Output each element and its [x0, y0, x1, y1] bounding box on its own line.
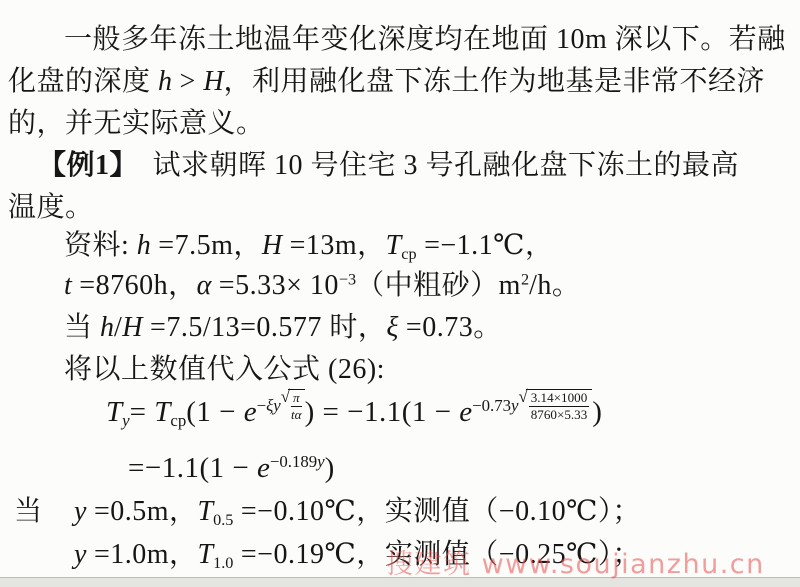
result-line-y10: y =1.0m，T1.0 =−0.19℃，实测值（−0.25℃）； — [74, 537, 641, 574]
scanned-document-page: 一般多年冻土地温年变化深度均在地面 10m 深以下。若融 化盘的深度 h > H… — [0, 0, 800, 587]
data-line-given-values: 资料: h =7.5m，H =13m，Tcp =−1.1℃， — [64, 228, 553, 265]
paragraph1-line1: 一般多年冻土地温年变化深度均在地面 10m 深以下。若融 — [64, 22, 786, 58]
example1-heading-line1: 【例1】 试求朝晖 10 号住宅 3 号孔融化盘下冻土的最高 — [38, 148, 739, 184]
page-edge-shadow — [0, 577, 800, 587]
data-line-time-alpha: t =8760h，α =5.33× 10−3（中粗砂）m2/h。 — [64, 268, 580, 304]
data-line-ratio-xi: 当 h/H =7.5/13=0.577 时，ξ =0.73。 — [64, 310, 502, 346]
data-line-substitute-formula26: 将以上数值代入公式 (26): — [64, 352, 385, 388]
formula-line1: Ty= Tcp(1 − e−ξy√πtα) = −1.1(1 − e−0.73y… — [106, 394, 602, 432]
paragraph1-line2: 化盘的深度 h > H，利用融化盘下冻土作为地基是非常不经济 — [8, 64, 765, 100]
paragraph1-line3: 的，并无实际意义。 — [8, 106, 265, 142]
example1-heading-line2: 温度。 — [8, 190, 94, 226]
result-line-y05: y =0.5m，T0.5 =−0.10℃，实测值（−0.10℃）； — [74, 494, 641, 531]
result-when-label: 当 — [14, 494, 43, 530]
formula-line2: =−1.1(1 − e−0.189y) — [128, 450, 335, 488]
